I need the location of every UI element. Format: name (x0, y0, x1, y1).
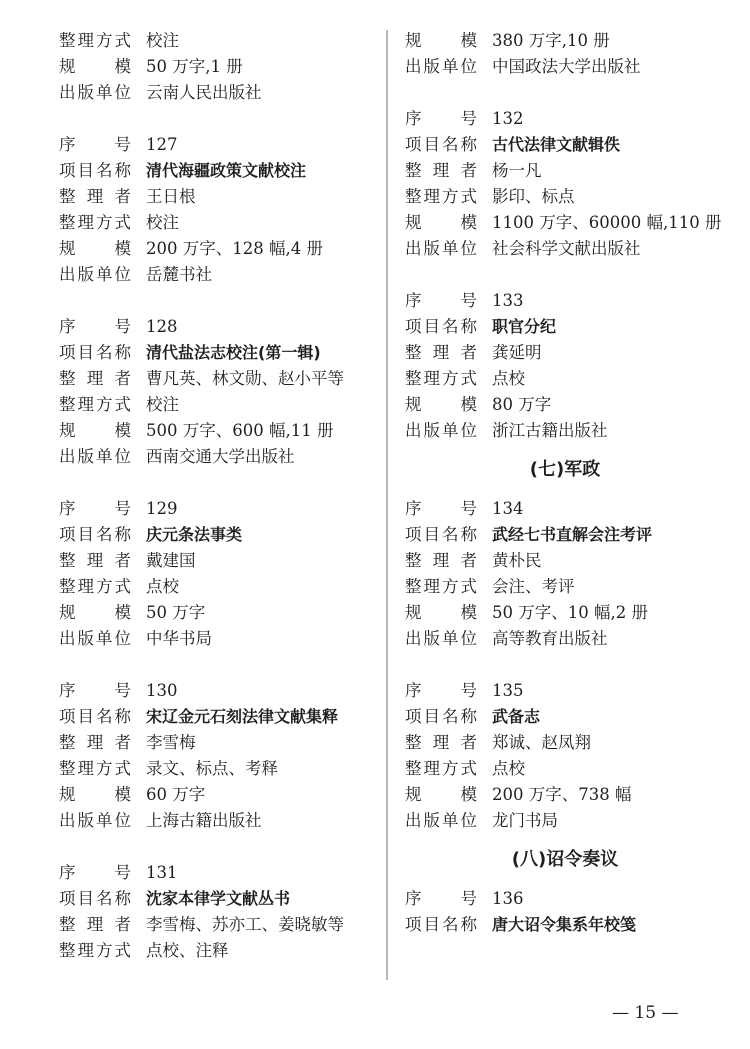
field-label: 规模 (405, 210, 477, 236)
field-row: 整理者杨一凡 (405, 158, 725, 184)
field-row: 序号127 (59, 132, 369, 158)
field-row: 项目名称职官分纪 (405, 314, 725, 340)
project-title: 清代海疆政策文献校注 (146, 158, 306, 184)
field-value: 380 万字,10 册 (492, 28, 610, 54)
field-row: 项目名称宋辽金元石刻法律文献集释 (59, 704, 369, 730)
field-value: 录文、标点、考释 (146, 756, 278, 782)
field-label: 序号 (59, 860, 131, 886)
field-value: 50 万字 (146, 600, 205, 626)
entry-spacer (59, 106, 369, 132)
field-value: 133 (492, 288, 524, 314)
field-label: 序号 (405, 886, 477, 912)
field-row: 项目名称清代盐法志校注(第一辑) (59, 340, 369, 366)
field-label: 整理方式 (405, 574, 477, 600)
field-label: 整理者 (59, 366, 131, 392)
field-label: 整理方式 (59, 392, 131, 418)
field-value: 50 万字,1 册 (146, 54, 243, 80)
field-label: 出版单位 (59, 444, 131, 470)
field-value: 戴建国 (146, 548, 196, 574)
field-value: 校注 (146, 392, 179, 418)
field-label: 项目名称 (59, 522, 131, 548)
field-value: 128 (146, 314, 178, 340)
field-label: 序号 (59, 314, 131, 340)
field-row: 出版单位高等教育出版社 (405, 626, 725, 652)
field-label: 出版单位 (59, 80, 131, 106)
field-row: 项目名称清代海疆政策文献校注 (59, 158, 369, 184)
field-value: 136 (492, 886, 524, 912)
field-row: 序号133 (405, 288, 725, 314)
entry-spacer (59, 834, 369, 860)
field-row: 规模200 万字、128 幅,4 册 (59, 236, 369, 262)
project-title: 古代法律文献辑佚 (492, 132, 620, 158)
project-title: 武备志 (492, 704, 540, 730)
field-row: 序号132 (405, 106, 725, 132)
field-value: 1100 万字、60000 幅,110 册 (492, 210, 721, 236)
entry-spacer (405, 652, 725, 678)
section-heading: (七)军政 (405, 444, 725, 496)
field-row: 出版单位西南交通大学出版社 (59, 444, 369, 470)
field-label: 整理方式 (59, 938, 131, 964)
field-row: 整理方式点校 (59, 574, 369, 600)
field-label: 规模 (59, 236, 131, 262)
field-row: 整理者龚延明 (405, 340, 725, 366)
field-label: 整理者 (59, 730, 131, 756)
entry-spacer (59, 652, 369, 678)
field-value: 点校 (146, 574, 179, 600)
field-value: 王日根 (146, 184, 196, 210)
field-row: 序号129 (59, 496, 369, 522)
field-row: 出版单位中华书局 (59, 626, 369, 652)
field-value: 龚延明 (492, 340, 542, 366)
field-value: 会注、考评 (492, 574, 575, 600)
field-row: 项目名称武经七书直解会注考评 (405, 522, 725, 548)
field-value: 云南人民出版社 (146, 80, 262, 106)
field-value: 校注 (146, 28, 179, 54)
section-heading: (八)诏令奏议 (405, 834, 725, 886)
field-row: 序号135 (405, 678, 725, 704)
field-label: 整理者 (59, 184, 131, 210)
field-label: 项目名称 (59, 158, 131, 184)
field-row: 整理方式会注、考评 (405, 574, 725, 600)
field-row: 规模50 万字、10 幅,2 册 (405, 600, 725, 626)
field-label: 整理者 (405, 730, 477, 756)
project-title: 宋辽金元石刻法律文献集释 (146, 704, 338, 730)
field-value: 200 万字、128 幅,4 册 (146, 236, 323, 262)
field-row: 规模380 万字,10 册 (405, 28, 725, 54)
field-row: 整理方式校注 (59, 210, 369, 236)
field-label: 序号 (59, 678, 131, 704)
field-value: 岳麓书社 (146, 262, 212, 288)
field-row: 出版单位上海古籍出版社 (59, 808, 369, 834)
field-value: 130 (146, 678, 178, 704)
field-label: 出版单位 (405, 54, 477, 80)
field-row: 项目名称庆元条法事类 (59, 522, 369, 548)
field-label: 整理者 (59, 912, 131, 938)
field-row: 规模50 万字 (59, 600, 369, 626)
field-row: 序号131 (59, 860, 369, 886)
field-value: 中国政法大学出版社 (492, 54, 641, 80)
field-value: 127 (146, 132, 178, 158)
field-value: 龙门书局 (492, 808, 558, 834)
entry-spacer (405, 262, 725, 288)
column-divider (386, 30, 388, 980)
field-row: 整理者戴建国 (59, 548, 369, 574)
field-label: 项目名称 (405, 314, 477, 340)
field-label: 整理方式 (59, 574, 131, 600)
field-label: 规模 (59, 782, 131, 808)
field-label: 序号 (405, 496, 477, 522)
field-row: 整理方式录文、标点、考释 (59, 756, 369, 782)
field-row: 项目名称唐大诏令集系年校笺 (405, 912, 725, 938)
entry-spacer (405, 80, 725, 106)
field-label: 整理方式 (405, 756, 477, 782)
field-value: 校注 (146, 210, 179, 236)
field-label: 整理方式 (405, 366, 477, 392)
field-row: 项目名称武备志 (405, 704, 725, 730)
field-value: 129 (146, 496, 178, 522)
field-value: 李雪梅、苏亦工、姜晓敏等 (146, 912, 344, 938)
field-label: 规模 (59, 54, 131, 80)
field-value: 杨一凡 (492, 158, 542, 184)
field-row: 整理者黄朴民 (405, 548, 725, 574)
project-title: 武经七书直解会注考评 (492, 522, 652, 548)
field-label: 序号 (405, 106, 477, 132)
field-row: 出版单位云南人民出版社 (59, 80, 369, 106)
field-label: 出版单位 (405, 626, 477, 652)
field-row: 序号136 (405, 886, 725, 912)
field-row: 项目名称古代法律文献辑佚 (405, 132, 725, 158)
project-title: 清代盐法志校注(第一辑) (146, 340, 321, 366)
field-row: 规模1100 万字、60000 幅,110 册 (405, 210, 725, 236)
field-value: 134 (492, 496, 524, 522)
field-row: 整理方式校注 (59, 392, 369, 418)
field-row: 序号130 (59, 678, 369, 704)
field-label: 整理方式 (405, 184, 477, 210)
field-row: 整理方式点校 (405, 366, 725, 392)
field-row: 出版单位龙门书局 (405, 808, 725, 834)
project-title: 沈家本律学文献丛书 (146, 886, 290, 912)
field-value: 80 万字 (492, 392, 551, 418)
field-value: 132 (492, 106, 524, 132)
field-label: 出版单位 (405, 418, 477, 444)
project-title: 职官分纪 (492, 314, 556, 340)
field-row: 序号134 (405, 496, 725, 522)
field-row: 规模500 万字、600 幅,11 册 (59, 418, 369, 444)
field-row: 整理方式校注 (59, 28, 369, 54)
field-value: 200 万字、738 幅 (492, 782, 631, 808)
field-value: 135 (492, 678, 524, 704)
field-label: 整理者 (405, 158, 477, 184)
field-label: 序号 (59, 496, 131, 522)
field-label: 项目名称 (59, 704, 131, 730)
field-label: 规模 (405, 392, 477, 418)
field-label: 序号 (405, 678, 477, 704)
field-label: 出版单位 (405, 808, 477, 834)
field-label: 出版单位 (59, 262, 131, 288)
field-row: 出版单位中国政法大学出版社 (405, 54, 725, 80)
field-value: 点校 (492, 366, 525, 392)
field-label: 出版单位 (405, 236, 477, 262)
field-row: 整理方式影印、标点 (405, 184, 725, 210)
field-label: 出版单位 (59, 626, 131, 652)
entry-spacer (59, 470, 369, 496)
field-label: 项目名称 (405, 704, 477, 730)
field-value: 60 万字 (146, 782, 205, 808)
field-row: 规模200 万字、738 幅 (405, 782, 725, 808)
field-label: 序号 (405, 288, 477, 314)
field-label: 整理者 (59, 548, 131, 574)
field-value: 李雪梅 (146, 730, 196, 756)
field-value: 点校 (492, 756, 525, 782)
field-label: 项目名称 (405, 912, 477, 938)
field-row: 出版单位岳麓书社 (59, 262, 369, 288)
field-label: 整理方式 (59, 28, 131, 54)
field-value: 西南交通大学出版社 (146, 444, 295, 470)
field-value: 上海古籍出版社 (146, 808, 262, 834)
field-row: 整理方式点校 (405, 756, 725, 782)
project-title: 庆元条法事类 (146, 522, 242, 548)
field-label: 序号 (59, 132, 131, 158)
field-value: 浙江古籍出版社 (492, 418, 608, 444)
entry-spacer (59, 288, 369, 314)
left-column: 整理方式校注规模50 万字,1 册出版单位云南人民出版社序号127项目名称清代海… (59, 28, 369, 964)
field-label: 规模 (405, 782, 477, 808)
field-label: 项目名称 (59, 340, 131, 366)
right-column: 规模380 万字,10 册出版单位中国政法大学出版社序号132项目名称古代法律文… (405, 28, 725, 938)
field-row: 出版单位社会科学文献出版社 (405, 236, 725, 262)
field-value: 影印、标点 (492, 184, 575, 210)
project-title: 唐大诏令集系年校笺 (492, 912, 636, 938)
field-label: 出版单位 (59, 808, 131, 834)
field-value: 500 万字、600 幅,11 册 (146, 418, 333, 444)
field-row: 整理者郑诚、赵凤翔 (405, 730, 725, 756)
field-value: 点校、注释 (146, 938, 229, 964)
field-label: 规模 (59, 600, 131, 626)
field-label: 整理者 (405, 340, 477, 366)
field-label: 规模 (405, 28, 477, 54)
field-row: 规模60 万字 (59, 782, 369, 808)
field-row: 规模80 万字 (405, 392, 725, 418)
field-value: 社会科学文献出版社 (492, 236, 641, 262)
field-row: 整理者王日根 (59, 184, 369, 210)
field-value: 黄朴民 (492, 548, 542, 574)
field-row: 项目名称沈家本律学文献丛书 (59, 886, 369, 912)
field-value: 高等教育出版社 (492, 626, 608, 652)
field-value: 131 (146, 860, 178, 886)
field-label: 规模 (59, 418, 131, 444)
field-value: 中华书局 (146, 626, 212, 652)
field-row: 整理者李雪梅、苏亦工、姜晓敏等 (59, 912, 369, 938)
field-row: 出版单位浙江古籍出版社 (405, 418, 725, 444)
field-label: 整理方式 (59, 210, 131, 236)
field-label: 整理者 (405, 548, 477, 574)
field-value: 郑诚、赵凤翔 (492, 730, 591, 756)
field-row: 整理者李雪梅 (59, 730, 369, 756)
field-row: 序号128 (59, 314, 369, 340)
field-value: 50 万字、10 幅,2 册 (492, 600, 648, 626)
field-label: 整理方式 (59, 756, 131, 782)
field-label: 项目名称 (405, 522, 477, 548)
field-label: 规模 (405, 600, 477, 626)
page-number: — 15 — (612, 1003, 678, 1023)
field-value: 曹凡英、林文勋、赵小平等 (146, 366, 344, 392)
field-label: 项目名称 (59, 886, 131, 912)
field-row: 规模50 万字,1 册 (59, 54, 369, 80)
field-label: 项目名称 (405, 132, 477, 158)
field-row: 整理者曹凡英、林文勋、赵小平等 (59, 366, 369, 392)
field-row: 整理方式点校、注释 (59, 938, 369, 964)
